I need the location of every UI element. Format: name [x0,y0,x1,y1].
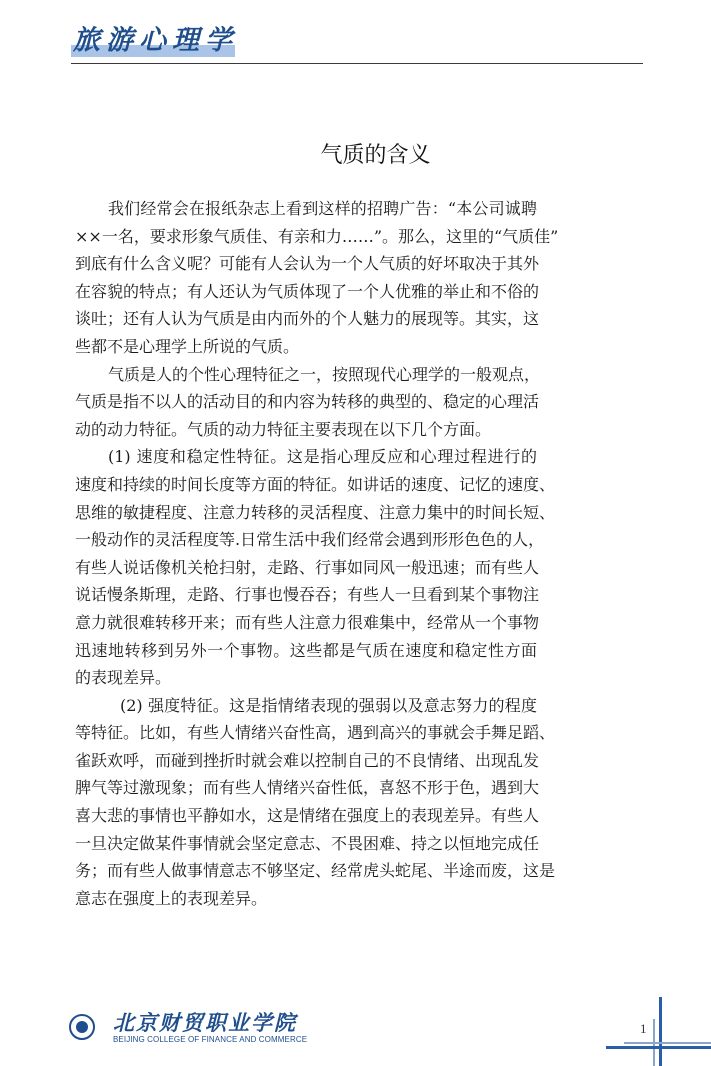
text-line: 雀跃欢呼，而碰到挫折时就会难以控制自己的不良情绪、出现乱发 [75,747,537,775]
header-divider [71,63,643,64]
text-line: 意力就很难转移开来；而有些人注意力很难集中，经常从一个事物 [75,609,537,637]
text-line: 一旦决定做某件事情就会坚定意志、不畏困难、持之以恒地完成任 [75,830,537,858]
text-line: (1) 速度和稳定性特征。这是指心理反应和心理过程进行的 [75,443,537,471]
text-line: 在容貌的特点；有人还认为气质体现了一个人优雅的举止和不俗的 [75,278,537,306]
text-line: 一般动作的灵活程度等.日常生活中我们经常会遇到形形色色的人， [75,526,537,554]
text-line: 气质是人的个性心理特征之一，按照现代心理学的一般观点， [75,361,537,389]
college-name-cn: 北京财贸职业学院 [113,1010,297,1036]
book-title: 旅游心理学 [73,24,233,58]
text-line: 我们经常会在报纸杂志上看到这样的招聘广告：“本公司诚聘 [75,195,537,223]
text-line: 到底有什么含义呢？可能有人会认为一个人气质的好坏取决于其外 [75,250,537,278]
footer-rule-vertical-dark [659,997,662,1066]
text-line: 动的动力特征。气质的动力特征主要表现在以下几个方面。 [75,416,537,444]
text-line: 思维的敏捷程度、注意力转移的灵活程度、注意力集中的时间长短、 [75,499,537,527]
text-line: 脾气等过激现象；而有些人情绪兴奋性低，喜怒不形于色，遇到大 [75,774,537,802]
text-line: 务；而有些人做事情意志不够坚定、经常虎头蛇尾、半途而废，这是 [75,857,537,885]
college-name-en: BEIJING COLLEGE OF FINANCE AND COMMERCE [113,1035,307,1044]
text-line: 气质是指不以人的活动目的和内容为转移的典型的、稳定的心理活 [75,388,537,416]
text-line: 喜大悲的事情也平静如水，这是情绪在强度上的表现差异。有些人 [75,802,537,830]
text-line: ××一名，要求形象气质佳、有亲和力……”。那么，这里的“气质佳” [75,223,537,251]
text-line: (2) 强度特征。这是指情绪表现的强弱以及意志努力的程度 [75,692,537,720]
text-line: 有些人说话像机关枪扫射，走路、行事如同风一般迅速；而有些人 [75,554,537,582]
text-line: 速度和持续的时间长度等方面的特征。如讲话的速度、记忆的速度、 [75,471,537,499]
text-line: 意志在强度上的表现差异。 [75,885,537,913]
text-line: 等特征。比如，有些人情绪兴奋性高，遇到高兴的事就会手舞足蹈、 [75,719,537,747]
page-number: 1 [640,1021,647,1037]
college-emblem-icon [69,1014,95,1040]
body-text: 我们经常会在报纸杂志上看到这样的招聘广告：“本公司诚聘 ××一名，要求形象气质佳… [75,195,537,912]
text-line: 的表现差异。 [75,664,537,692]
text-line: 迅速地转移到另外一个事物。这些都是气质在速度和稳定性方面 [75,637,537,665]
text-line: 些都不是心理学上所说的气质。 [75,333,537,361]
footer-rule-horizontal-dark [606,1046,711,1049]
text-line: 说话慢条斯理，走路、行事也慢吞吞；有些人一旦看到某个事物注 [75,581,537,609]
text-line: 谈吐；还有人认为气质是由内而外的个人魅力的展现等。其实，这 [75,305,537,333]
page-title: 气质的含义 [0,140,711,172]
footer-rule-horizontal-light [624,1042,711,1044]
